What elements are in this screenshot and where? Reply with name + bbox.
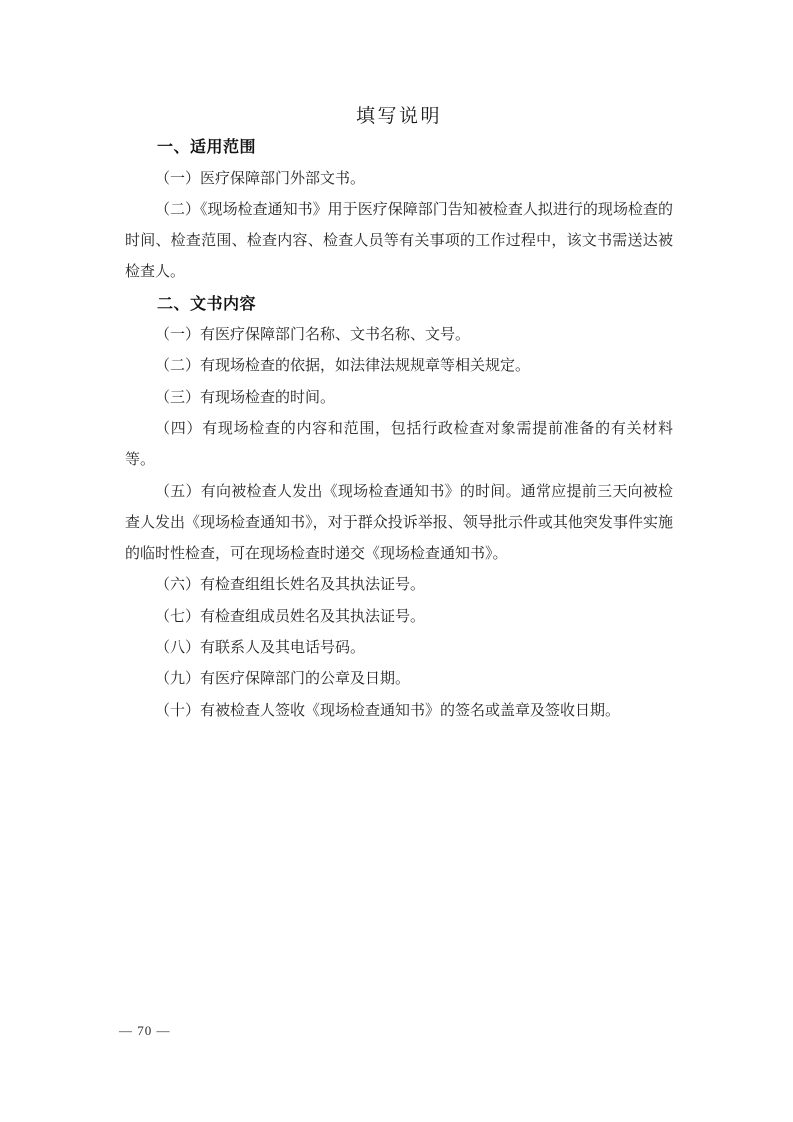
paragraph: （二）《现场检查通知书》用于医疗保障部门告知被检查人拟进行的现场检查的时间、检查… (125, 195, 673, 289)
paragraph: （十）有被检查人签收《现场检查通知书》的签名或盖章及签收日期。 (125, 696, 673, 727)
paragraph: （二）有现场检查的依据，如法律法规规章等相关规定。 (125, 351, 673, 382)
paragraph: （五）有向被检查人发出《现场检查通知书》的时间。通常应提前三天向被检查人发出《现… (125, 477, 673, 571)
page-number: — 70 — (119, 1021, 171, 1041)
paragraph: （一）有医疗保障部门名称、文书名称、文号。 (125, 320, 673, 351)
section-heading-scope: 一、适用范围 (125, 132, 673, 163)
document-title: 填写说明 (125, 101, 673, 132)
paragraph: （九）有医疗保障部门的公章及日期。 (125, 664, 673, 695)
document-page: 填写说明 一、适用范围 （一）医疗保障部门外部文书。 （二）《现场检查通知书》用… (0, 0, 793, 1122)
section-heading-contents: 二、文书内容 (125, 289, 673, 320)
paragraph: （三）有现场检查的时间。 (125, 383, 673, 414)
paragraph: （八）有联系人及其电话号码。 (125, 633, 673, 664)
paragraph: （六）有检查组组长姓名及其执法证号。 (125, 570, 673, 601)
document-content: 填写说明 一、适用范围 （一）医疗保障部门外部文书。 （二）《现场检查通知书》用… (125, 101, 673, 727)
paragraph: （一）医疗保障部门外部文书。 (125, 164, 673, 195)
paragraph: （七）有检查组成员姓名及其执法证号。 (125, 602, 673, 633)
paragraph: （四）有现场检查的内容和范围，包括行政检查对象需提前准备的有关材料等。 (125, 414, 673, 477)
